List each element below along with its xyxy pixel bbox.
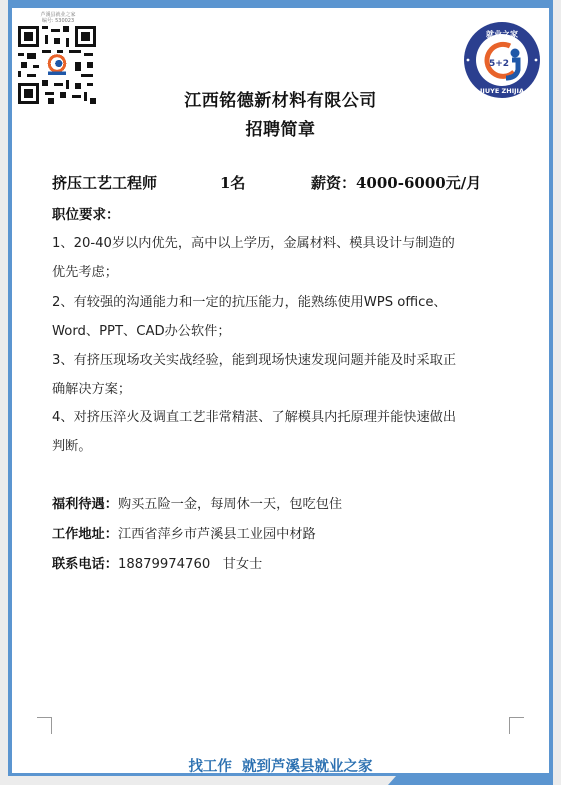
benefits-label: 福利待遇： [52, 497, 118, 512]
benefits-row: 福利待遇：购买五险一金，每周休一天，包吃包住 [52, 493, 342, 512]
job-salary: 薪资：4000-6000元/月 [311, 172, 481, 193]
address-value: 江西省萍乡市芦溪县工业园中材路 [118, 527, 316, 542]
qr-caption: 芦溪县就业之家 编号: 530023 [18, 12, 98, 24]
qr-caption-line2: 编号: 530023 [18, 18, 98, 24]
phone-row: 联系电话：18879974760 甘女士 [52, 553, 262, 572]
requirement-line: 确解决方案； [52, 378, 131, 397]
requirement-line: 优先考虑； [52, 261, 118, 280]
address-label: 工作地址： [52, 527, 118, 542]
margin-corner-mark-left [37, 717, 52, 734]
requirements-label: 职位要求： [52, 203, 120, 223]
job-title: 挤压工艺工程师 [52, 172, 157, 193]
requirement-line: 2、有较强的沟通能力和一定的抗压能力，能熟练使用WPS office、 [52, 291, 447, 310]
job-headcount: 1名 [220, 172, 245, 193]
footer-slogan: 找工作 就到芦溪县就业之家 [0, 755, 561, 776]
requirement-line: 1、20-40岁以内优先，高中以上学历，金属材料、模具设计与制造的 [52, 232, 455, 251]
frame-bottom-tab [388, 776, 553, 785]
svg-text:5+2: 5+2 [489, 59, 509, 69]
company-name: 江西铭德新材料有限公司 [0, 86, 561, 111]
requirement-line: 判断。 [52, 435, 92, 454]
address-row: 工作地址：江西省萍乡市芦溪县工业园中材路 [52, 523, 316, 542]
document-title: 招聘简章 [0, 115, 561, 140]
requirement-line: 3、有挤压现场攻关实战经验，能到现场快速发现问题并能及时采取正 [52, 349, 456, 368]
benefits-value: 购买五险一金，每周休一天，包吃包住 [118, 497, 342, 512]
margin-corner-mark-right [509, 717, 524, 734]
phone-label: 联系电话： [52, 557, 118, 572]
requirement-line: 4、对挤压淬火及调直工艺非常精湛、了解模具内托原理并能快速做出 [52, 406, 456, 425]
svg-text:就业之家: 就业之家 [486, 29, 518, 39]
phone-value: 18879974760 甘女士 [118, 557, 262, 572]
requirement-line: Word、PPT、CAD办公软件； [52, 320, 231, 339]
